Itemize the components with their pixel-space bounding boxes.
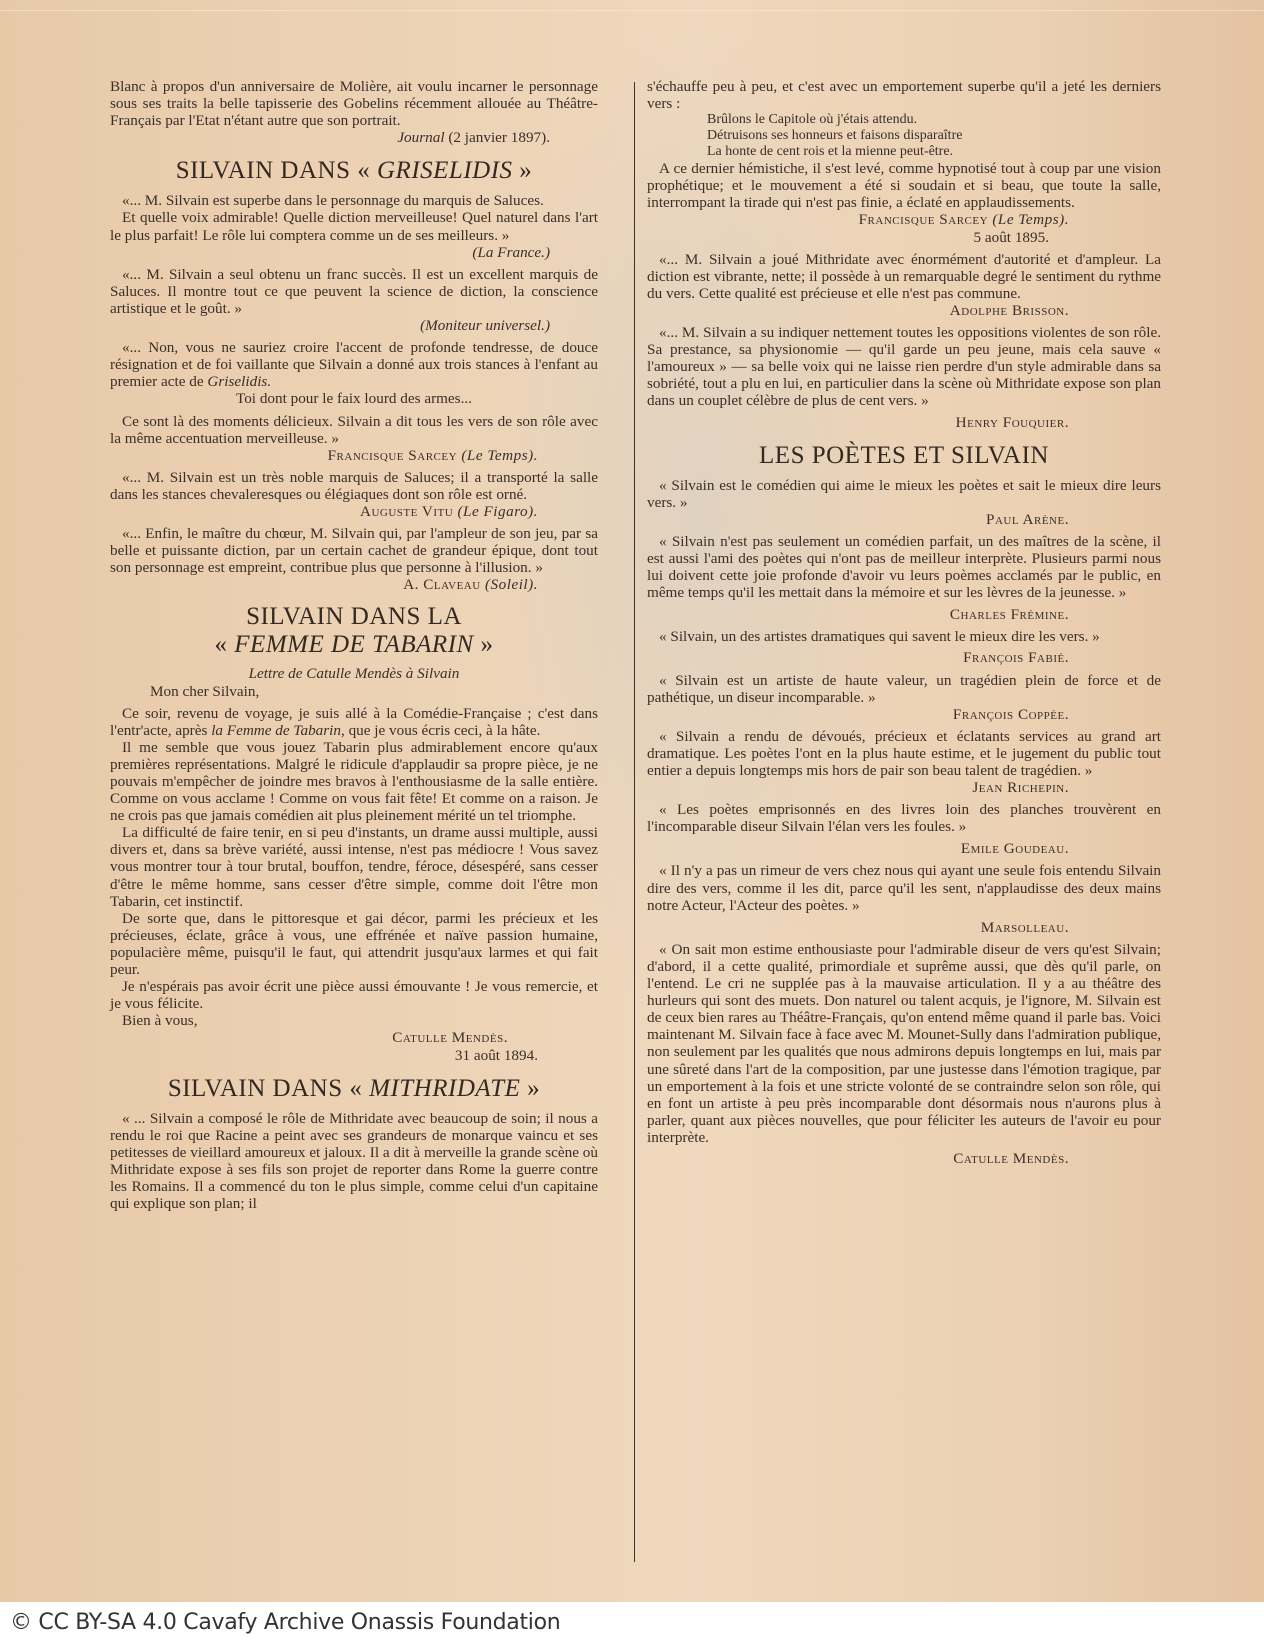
poet-attribution: François Coppée. [647,706,1161,723]
quote-paragraph: «... M. Silvain a seul obtenu un franc s… [110,266,598,317]
poet-attribution: Emile Goudeau. [647,840,1161,857]
quote-attribution: Francisque Sarcey (Le Temps). [647,211,1161,228]
poet-quote: « Silvain n'est pas seulement un comédie… [647,533,1161,601]
verse-line: La honte de cent rois et la mienne peut-… [647,144,1161,160]
poet-quote: « Il n'y a pas un rimeur de vers chez no… [647,862,1161,913]
scanned-page: Blanc à propos d'un anniversaire de Moli… [0,0,1264,1602]
letter-closing: Bien à vous, [110,1012,598,1029]
quote-attribution: Auguste Vitu (Le Figaro). [110,503,598,520]
quote-source: (Moniteur universel.) [110,317,598,334]
heading-poets: LES POÈTES ET SILVAIN [647,441,1161,471]
quote-paragraph: «... M. Silvain a su indiquer nettement … [647,324,1161,409]
quote-paragraph: Et quelle voix admirable! Quelle diction… [110,209,598,243]
quote-attribution: A. Claveau (Soleil). [110,576,598,593]
quote-paragraph: «... Enfin, le maître du chœur, M. Silva… [110,525,598,576]
poet-quote: « Silvain est le comédien qui aime le mi… [647,477,1161,511]
letter-paragraph: La difficulté de faire tenir, en si peu … [110,824,598,909]
continued-paragraph: s'échauffe peu à peu, et c'est avec un e… [647,78,1161,112]
heading-griselidis: SILVAIN DANS « GRISELIDIS » [110,156,598,186]
letter-paragraph: Il me semble que vous jouez Tabarin plus… [110,739,598,824]
quote-paragraph: « ... Silvain a composé le rôle de Mithr… [110,1110,598,1213]
letter-salutation: Mon cher Silvain, [110,683,598,700]
poet-quote: « Silvain, un des artistes dramatiques q… [647,628,1161,645]
letter-signature: Catulle Mendès. [110,1029,598,1046]
poet-quote: « Silvain a rendu de dévoués, précieux e… [647,728,1161,779]
intro-source: Journal (2 janvier 1897). [110,129,598,146]
heading-mithridate: SILVAIN DANS « MITHRIDATE » [110,1074,598,1104]
poet-quote: « On sait mon estime enthousiaste pour l… [647,941,1161,1146]
letter-paragraph: Ce soir, revenu de voyage, je suis allé … [110,705,598,739]
heading-tabarin: SILVAIN DANS LA « FEMME DE TABARIN » [110,603,598,659]
poet-attribution: Jean Richepin. [647,779,1161,796]
verse-line: Brûlons le Capitole où j'étais attendu. [647,112,1161,128]
verse-line: Détruisons ses honneurs et faisons dispa… [647,128,1161,144]
poet-attribution: Paul Arène. [647,511,1161,528]
poet-quote: « Silvain est un artiste de haute valeur… [647,672,1161,706]
letter-subheading: Lettre de Catulle Mendès à Silvain [110,665,598,682]
poet-attribution: Charles Frémine. [647,606,1161,623]
right-column: s'échauffe peu à peu, et c'est avec un e… [647,78,1161,1167]
intro-paragraph: Blanc à propos d'un anniversaire de Moli… [110,78,598,129]
quote-attribution: Adolphe Brisson. [647,302,1161,319]
copyright-credit: © CC BY-SA 4.0 Cavafy Archive Onassis Fo… [10,1610,560,1635]
quote-attribution: Francisque Sarcey (Le Temps). [110,447,598,464]
poet-quote: « Les poètes emprisonnés en des livres l… [647,801,1161,835]
letter-paragraph: De sorte que, dans le pittoresque et gai… [110,910,598,978]
quote-paragraph: «... M. Silvain a joué Mithridate avec é… [647,251,1161,302]
letter-paragraph: Je n'espérais pas avoir écrit une pièce … [110,978,598,1012]
poet-attribution: Catulle Mendès. [647,1150,1161,1167]
quote-paragraph: «... M. Silvain est superbe dans le pers… [110,192,598,209]
quote-paragraph: «... M. Silvain est un très noble marqui… [110,469,598,503]
quote-attribution: Henry Fouquier. [647,414,1161,431]
poet-attribution: Marsolleau. [647,919,1161,936]
letter-date: 31 août 1894. [110,1047,598,1064]
column-divider [634,82,635,1562]
quote-paragraph: A ce dernier hémistiche, il s'est levé, … [647,160,1161,211]
quote-paragraph: Ce sont là des moments délicieux. Silvai… [110,413,598,447]
fold-crease [0,10,1264,11]
poet-attribution: François Fabié. [647,649,1161,666]
quote-date: 5 août 1895. [647,229,1161,246]
left-column: Blanc à propos d'un anniversaire de Moli… [110,78,598,1212]
quote-paragraph: «... Non, vous ne sauriez croire l'accen… [110,339,598,390]
verse-line: Toi dont pour le faix lourd des armes... [110,390,598,407]
quote-source: (La France.) [110,244,598,261]
